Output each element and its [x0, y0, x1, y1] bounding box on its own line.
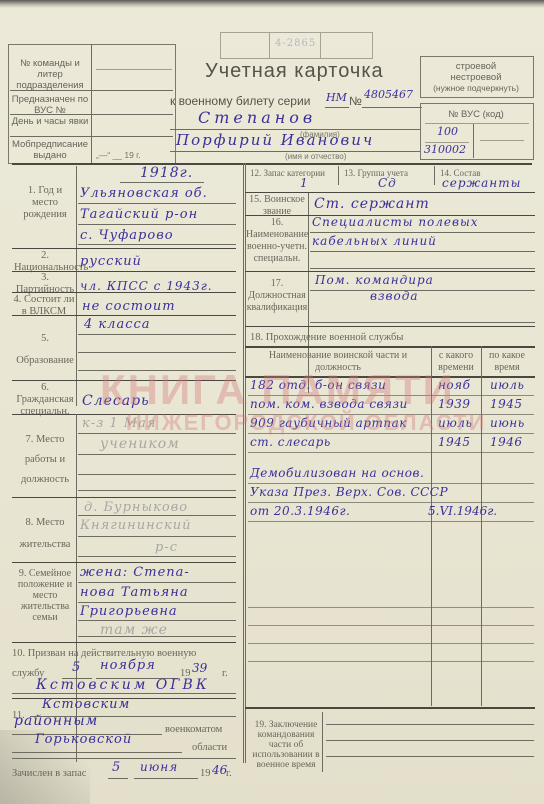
residence-village: д. Бурныково: [84, 500, 188, 515]
header-divider: [12, 163, 532, 165]
commissariat-line-3: Горьковской: [35, 732, 132, 747]
family-line-2: нова Татьяна: [80, 585, 189, 600]
ticket-line-label: к военному билету серии: [170, 94, 310, 108]
family-line-1: жена: Степа-: [80, 565, 190, 580]
surname: Степанов: [198, 108, 316, 127]
composition: сержанты: [442, 176, 521, 190]
service-unit: от 20.3.1946г.: [250, 504, 350, 518]
service-date-to: 1945: [490, 397, 523, 411]
reserve-year-unit: г.: [226, 768, 232, 780]
label-arrival-time: День и часы явки: [10, 116, 90, 127]
service-date-to: июнь: [490, 416, 525, 430]
label-mob-order: Мобпредписание выдано: [10, 139, 90, 161]
service-unit: ст. слесарь: [250, 435, 331, 449]
birth-year: 1918г.: [140, 165, 193, 181]
scan-edge-shadow: [0, 0, 544, 8]
label-birth: 1. Год и место рождения: [14, 185, 76, 221]
label-account-group: 13. Группа учета: [344, 167, 408, 179]
service-unit: Демобилизован на основ.: [250, 466, 424, 480]
ticket-number: 4805467: [364, 88, 413, 101]
label-family: 9. Семейное положение и место жительства…: [14, 568, 76, 623]
military-specialty-1: Специалисты полевых: [312, 215, 479, 229]
watermark-line-2: НИЖЕГОРОДСКОЙ ОБЛАСТИ: [126, 410, 487, 436]
label-vus-assigned: Предназначен по ВУС №: [10, 94, 90, 116]
rank: Ст. сержант: [314, 196, 430, 212]
vus-value-1: 100: [437, 125, 458, 138]
ticket-no-label: №: [349, 94, 362, 108]
birth-village: с. Чуфарово: [80, 228, 174, 243]
birth-district: Тагайский р-он: [80, 207, 198, 222]
mob-order-date: „—“ __ 19 г.: [96, 150, 141, 160]
label-region: области: [192, 742, 227, 754]
service-date-from: 1945: [438, 435, 471, 449]
family-line-3: Григорьевна: [80, 604, 178, 619]
label-noncombatant: нестроевой: [420, 72, 532, 83]
label-combatant: строевой: [420, 61, 532, 72]
label-reserve-category: 12. Запас категории: [250, 167, 325, 179]
reserve-category: 1: [300, 176, 309, 190]
party: чл. КПСС с 1943г.: [80, 279, 213, 293]
qualification-2: взвода: [370, 289, 419, 303]
account-group: Сд: [378, 176, 397, 190]
service-date-from: 5.VI.1946г.: [428, 504, 497, 518]
drafted-day: 5: [72, 660, 81, 675]
reserve-day: 5: [112, 760, 121, 775]
work-position: учеником: [100, 436, 180, 452]
reserve-year: 46: [212, 763, 227, 777]
drafted-by: Кстовским ОГВК: [36, 677, 210, 693]
qualification-1: Пом. командира: [315, 273, 434, 287]
header-to: по какое время: [482, 350, 532, 374]
stamp-number: 4-2865: [275, 38, 316, 49]
label-civil-specialty: 6. Гражданская специальн.: [14, 382, 76, 418]
label-underline-hint: (нужное подчеркнуть): [420, 83, 532, 94]
watermark-line-1: КНИГА ПАМЯТИ: [100, 366, 455, 414]
label-qualification: 17. Должностная квалификация: [246, 278, 308, 314]
label-workplace: 7. Место работы и должность: [14, 430, 76, 490]
drafted-year: 39: [192, 661, 207, 675]
first-patronymic: Порфирий Иванович: [176, 131, 374, 149]
commissariat-line-1: Кстовским: [42, 697, 130, 712]
label-commissariat: военкоматом: [165, 724, 222, 736]
military-specialty-2: кабельных линий: [312, 234, 437, 248]
service-date-to: июль: [490, 378, 524, 392]
label-military-specialty: 16. Наименование военно-учетн. специальн…: [246, 217, 308, 265]
label-vus-code: № ВУС (код): [420, 109, 532, 120]
nationality: русский: [80, 254, 142, 269]
label-residence: 8. Место жительства: [14, 512, 76, 556]
label-reserve: Зачислен в запас: [12, 768, 86, 780]
label-education: 5. Образование: [14, 328, 76, 372]
page-title: Учетная карточка: [205, 60, 384, 83]
drafted-month: ноября: [100, 658, 156, 673]
main-column-divider: [243, 163, 244, 763]
label-service-history: 18. Прохождение военной службы: [250, 332, 403, 344]
first-patronymic-caption: (имя и отчество): [285, 152, 346, 161]
label-command-conclusion: 19. Заключение командования части об исп…: [246, 720, 326, 770]
education: 4 класса: [84, 317, 151, 332]
reserve-month: июня: [140, 760, 178, 774]
ticket-series: НМ: [326, 91, 347, 104]
drafted-year-unit: г.: [222, 668, 228, 680]
commissariat-line-2: районным: [14, 713, 98, 729]
service-date-to: 1946: [490, 435, 523, 449]
birth-region: Ульяновская об.: [80, 186, 208, 201]
label-command-number: № команды и литер подразделения: [10, 58, 90, 91]
residence-council: р-с: [155, 540, 178, 555]
komsomol: не состоит: [82, 299, 176, 314]
vus-value-2: 310002: [424, 143, 466, 156]
service-unit: Указа През. Верх. Сов. СССР: [250, 485, 448, 499]
reserve-year-prefix: 19: [200, 768, 211, 780]
residence-district: Княгининский: [80, 518, 191, 533]
